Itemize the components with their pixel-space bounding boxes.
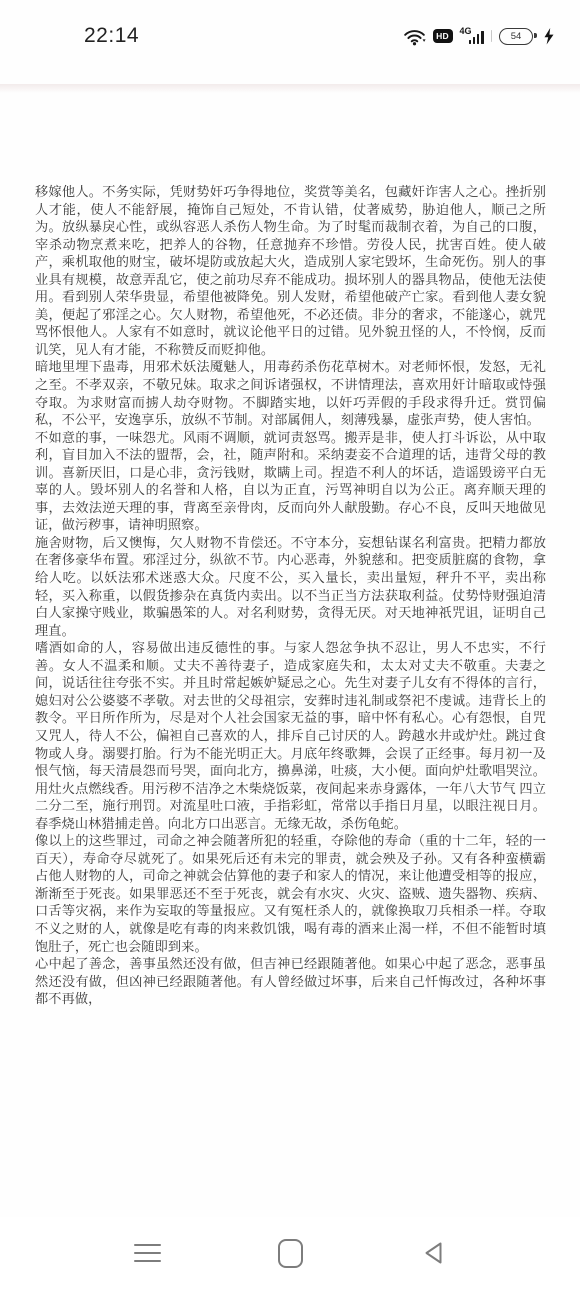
status-icons: HD 4G 54 bbox=[403, 27, 554, 46]
back-button[interactable] bbox=[418, 1238, 448, 1268]
signal-bars-icon bbox=[469, 31, 484, 44]
sim-divider-icon bbox=[491, 30, 493, 42]
clock-time: 22:14 bbox=[84, 24, 139, 48]
paragraph: 像以上的这些罪过，司命之神会随著所犯的轻重，夺除他的寿命（重的十二年，轻的一百天… bbox=[35, 832, 546, 955]
home-square-icon bbox=[278, 1239, 303, 1268]
charging-bolt-icon bbox=[544, 28, 554, 45]
paragraph: 移嫁他人。不务实际，凭财势奸巧争得地位，奖赏等美名，包藏奸诈害人之心。挫折别人才… bbox=[35, 183, 546, 358]
android-nav-bar bbox=[0, 1217, 580, 1289]
recents-menu-button[interactable] bbox=[132, 1238, 162, 1268]
wifi-icon bbox=[403, 27, 426, 46]
paragraph: 不如意的事，一味怨尤。风雨不调顺，就诃责怒骂。搬弄是非，使人打斗诉讼，从中取利，… bbox=[35, 429, 546, 534]
paragraph: 暗地里埋下蛊毒，用邪术妖法魇魅人，用毒药杀伤花草树木。对老师怀恨，发怒，无礼之至… bbox=[35, 358, 546, 428]
cellular-signal-icon: 4G bbox=[460, 27, 484, 45]
back-triangle-icon bbox=[422, 1239, 444, 1267]
document-text-area[interactable]: 移嫁他人。不务实际，凭财势奸巧争得地位，奖赏等美名，包藏奸诈害人之心。挫折别人才… bbox=[35, 183, 546, 1008]
page-top-seam bbox=[0, 84, 580, 93]
phone-screen: 22:14 HD 4G 54 bbox=[0, 0, 580, 1289]
hd-volte-icon: HD bbox=[433, 29, 453, 44]
battery-icon: 54 bbox=[499, 28, 533, 45]
paragraph: 心中起了善念，善事虽然还没有做，但吉神已经跟随著他。如果心中起了恶念，恶事虽然还… bbox=[35, 955, 546, 1008]
hamburger-icon bbox=[134, 1244, 161, 1262]
status-bar: 22:14 HD 4G 54 bbox=[0, 16, 580, 56]
paragraph: 施舍财物，后又懊悔，欠人财物不肯偿还。不守本分，妄想钻谋名利富贵。把精力都放在奢… bbox=[35, 534, 546, 639]
paragraph: 嗜酒如命的人，容易做出违反德性的事。与家人怨忿争执不忍让，男人不忠实，不行善。女… bbox=[35, 639, 546, 832]
home-button[interactable] bbox=[275, 1238, 305, 1268]
battery-percent: 54 bbox=[511, 31, 522, 42]
